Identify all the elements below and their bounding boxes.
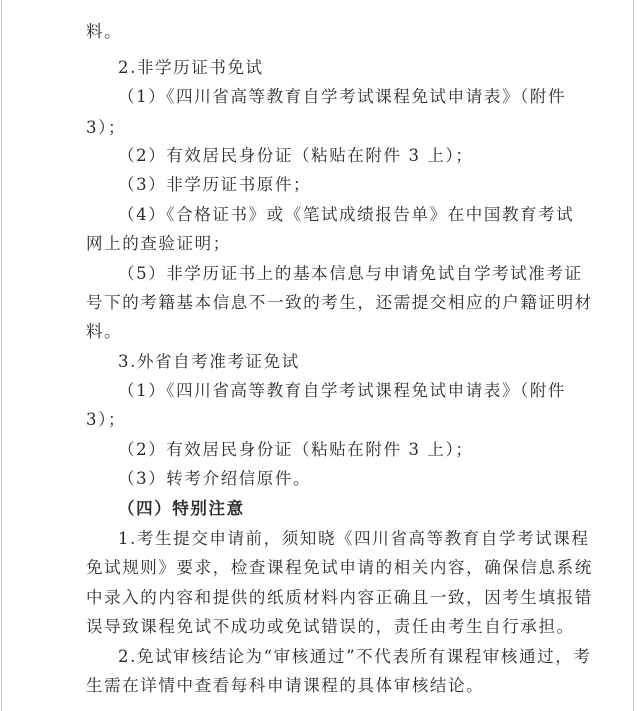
paragraph-continuation: 免试规则》要求，检查课程免试申请的相关内容，确保信息系统 bbox=[86, 558, 558, 578]
list-item: （2）有效居民身份证（粘贴在附件 3 上）； bbox=[118, 146, 593, 166]
list-item: （1）《四川省高等教育自学考试课程免试申请表》（附件 bbox=[118, 87, 558, 107]
list-item: （5）非学历证书上的基本信息与申请免试自学考试准考证 bbox=[118, 264, 558, 284]
paragraph: 2.免试审核结论为“审核通过”不代表所有课程审核通过，考 bbox=[118, 647, 558, 667]
list-item: （1）《四川省高等教育自学考试课程免试申请表》（附件 bbox=[118, 381, 558, 401]
paragraph-continuation: 中录入的内容和提供的纸质材料内容正确且一致，因考生填报错 bbox=[86, 588, 558, 608]
list-item: （2）有效居民身份证（粘贴在附件 3 上）； bbox=[118, 440, 593, 460]
list-item: （4）《合格证书》或《笔试成绩报告单》在中国教育考试 bbox=[118, 205, 558, 225]
paragraph-continuation: 误导致课程免试不成功或免试错误的，责任由考生自行承担。 bbox=[86, 617, 558, 637]
subheading-non-degree-certificate: 2.非学历证书免试 bbox=[118, 58, 593, 78]
paragraph-continuation: 生需在详情中查看每科申请课程的具体审核结论。 bbox=[86, 676, 561, 696]
list-item: （3）非学历证书原件； bbox=[118, 175, 593, 195]
list-item: （3）转考介绍信原件。 bbox=[118, 469, 593, 489]
list-item-continuation: 3）； bbox=[86, 410, 561, 430]
subheading-out-of-province: 3.外省自考准考证免试 bbox=[118, 352, 593, 372]
section-heading-special-notes: （四）特别注意 bbox=[118, 499, 593, 519]
list-item-continuation: 3）； bbox=[86, 118, 561, 138]
paragraph-continuation: 料。 bbox=[86, 22, 561, 42]
list-item-continuation: 网上的查验证明； bbox=[86, 234, 561, 254]
paragraph: 1.考生提交申请前，须知晓《四川省高等教育自学考试课程 bbox=[118, 529, 558, 549]
document-page: 料。 2.非学历证书免试 （1）《四川省高等教育自学考试课程免试申请表》（附件 … bbox=[1, 0, 634, 711]
list-item-continuation: 料。 bbox=[86, 322, 561, 342]
list-item-continuation: 号下的考籍基本信息不一致的考生，还需提交相应的户籍证明材 bbox=[86, 293, 558, 313]
